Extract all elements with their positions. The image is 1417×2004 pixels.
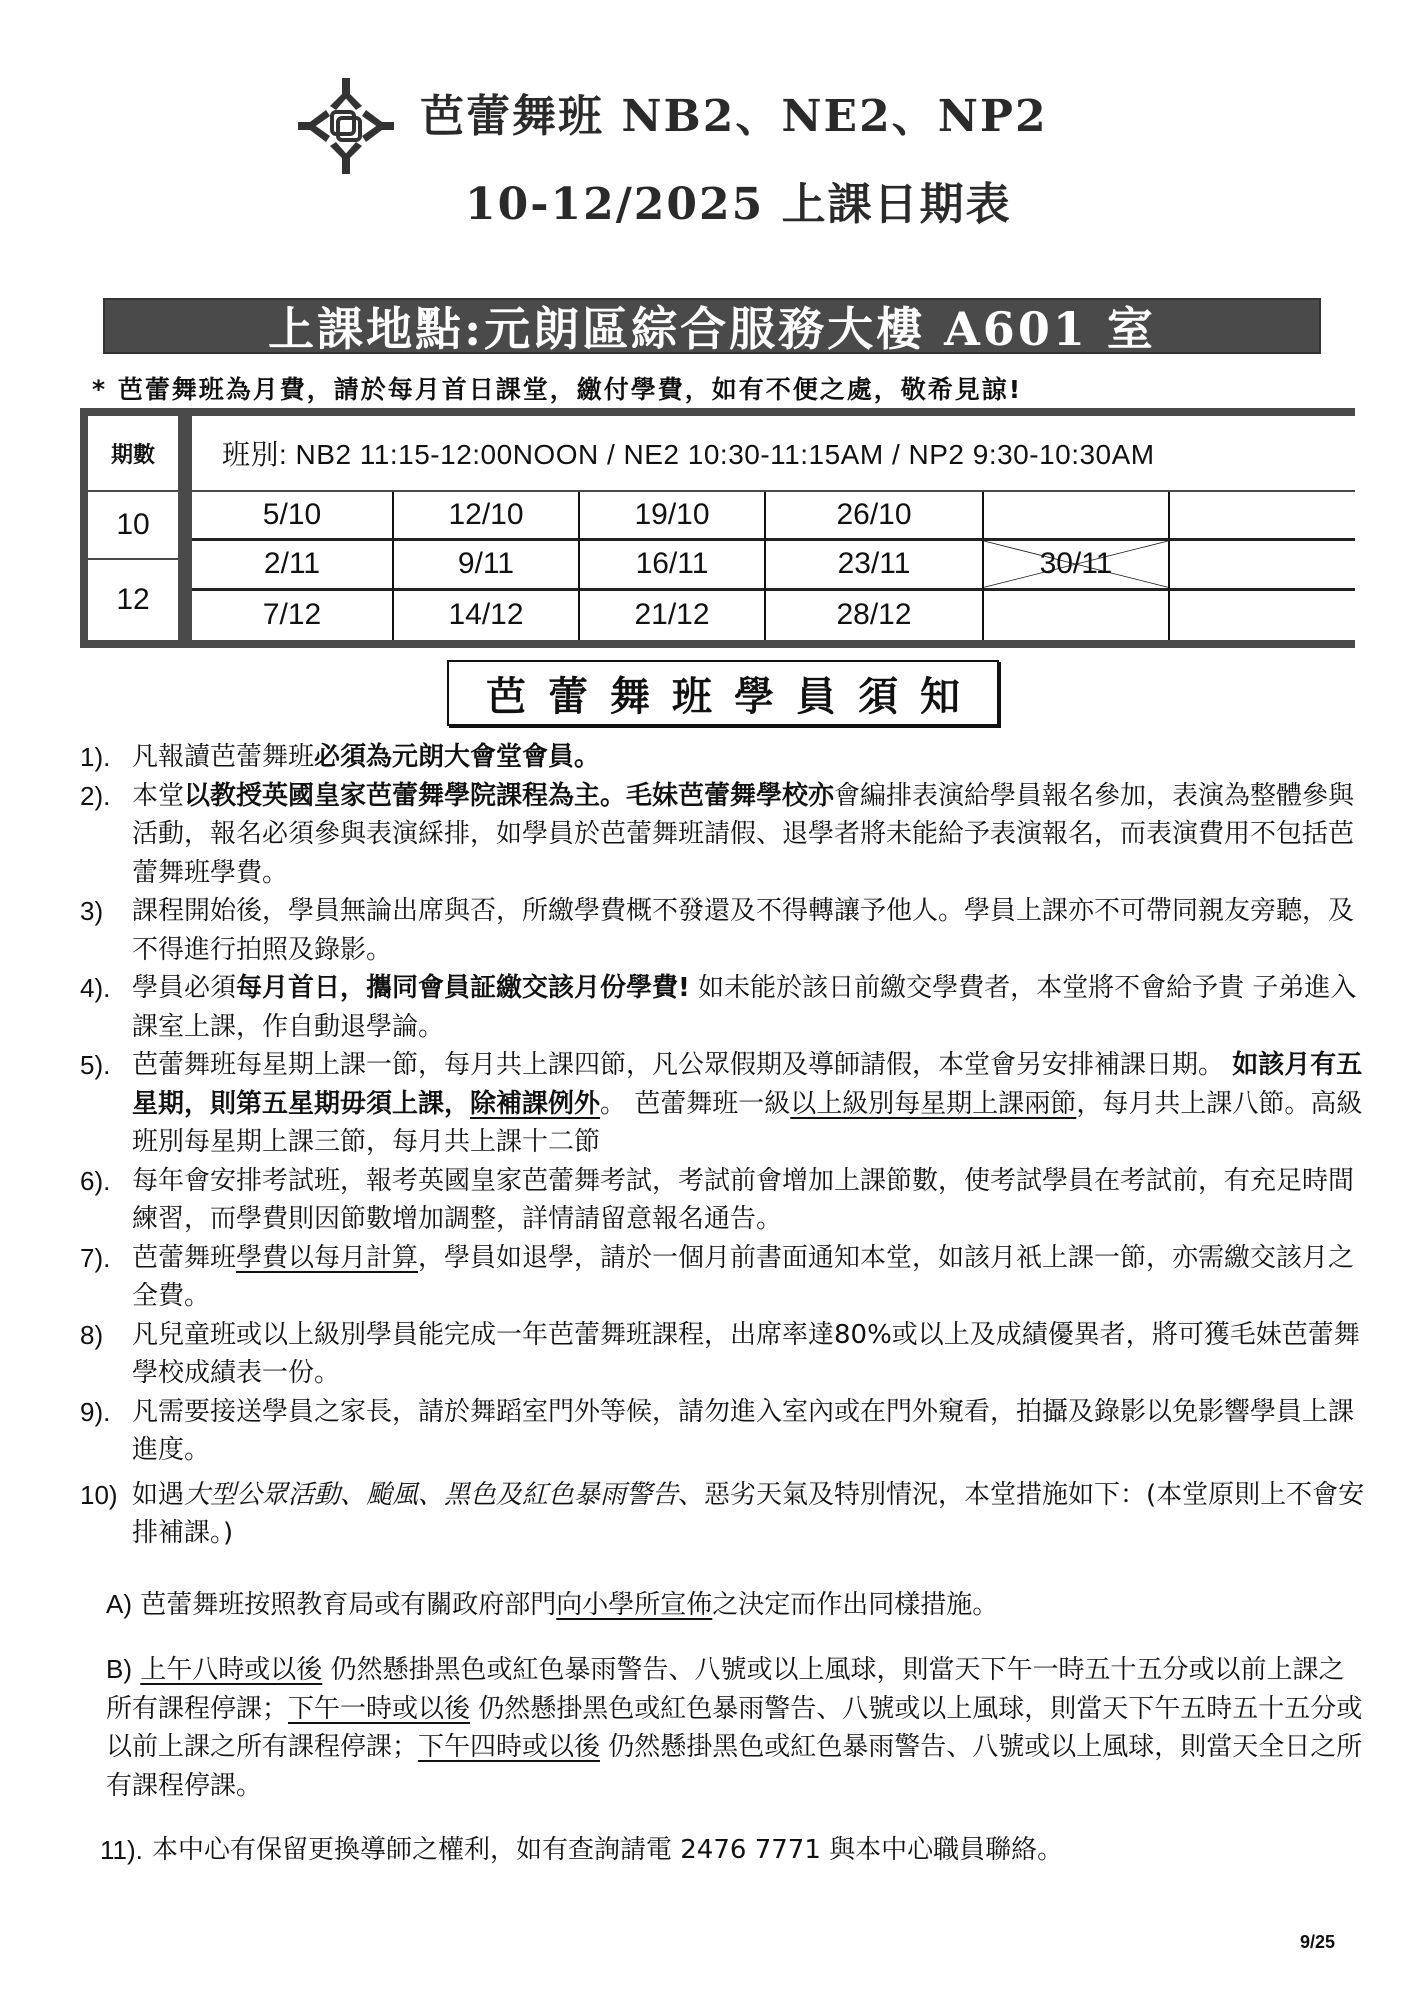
rule-text-bold: 必須為元朗大會堂會員。 <box>314 742 600 772</box>
location-text: 上課地點:元朗區綜合服務大樓 A601 室 <box>268 293 1156 359</box>
rule-item: 10) 如遇大型公眾活動、颱風、黑色及紅色暴雨警告、惡劣天氣及特別情況，本堂措施… <box>80 1476 1370 1553</box>
rule-text: 本堂 <box>132 781 184 811</box>
date-cell <box>1170 541 1355 590</box>
date-cell: 16/11 <box>580 541 766 590</box>
rule-item: 8) 凡兒童班或以上級別學員能完成一年芭蕾舞班課程，出席率達80%或以上及成績優… <box>80 1316 1370 1393</box>
date-cell <box>1170 591 1355 640</box>
rules-list: 1). 凡報讀芭蕾舞班必須為元朗大會堂會員。 2). 本堂以教授英國皇家芭蕾舞學… <box>80 738 1370 1870</box>
rule-text: 之決定而作出同樣措施。 <box>712 1590 998 1620</box>
date-cell: 9/11 <box>394 541 580 590</box>
rule-text-italic: 大型公眾活動、颱風、黑色及紅色暴雨警告 <box>184 1480 678 1510</box>
date-cell: 14/12 <box>394 591 580 640</box>
term-cell: 12 <box>88 560 178 640</box>
rule-number: 10) <box>80 1476 118 1515</box>
rule-text-underlined: 下午四時或以後 <box>418 1732 600 1762</box>
rule-text: 。 芭蕾舞班一級 <box>600 1089 790 1119</box>
term-column-header: 期數 <box>88 416 178 490</box>
date-cell: 5/10 <box>192 492 394 541</box>
rule-text: 芭蕾舞班 <box>132 1243 236 1273</box>
rule-item: 11). 本中心有保留更換導師之權利，如有查詢請電 2476 7771 與本中心… <box>80 1831 1370 1870</box>
rule-number: 1). <box>80 738 110 777</box>
rule-text: 本中心有保留更換導師之權利，如有查詢請電 2476 7771 與本中心職員聯絡。 <box>152 1835 1063 1865</box>
sub-rule-label: A) <box>106 1589 132 1619</box>
rule-text-underlined: 以上級別每星期上課兩節 <box>790 1089 1076 1119</box>
date-cell: 12/10 <box>394 492 580 541</box>
rule-text: 凡兒童班或以上級別學員能完成一年芭蕾舞班課程，出席率達80%或以上及成績優異者，… <box>132 1320 1360 1389</box>
rule-number: 7). <box>80 1239 110 1278</box>
rule-number: 11). <box>100 1831 143 1870</box>
rule-item: 1). 凡報讀芭蕾舞班必須為元朗大會堂會員。 <box>80 738 1370 777</box>
rule-item: 7). 芭蕾舞班學費以每月計算，學員如退學，請於一個月前書面通知本堂，如該月祇上… <box>80 1239 1370 1316</box>
rule-text: 如遇 <box>132 1480 184 1510</box>
rule-item: 2). 本堂以教授英國皇家芭蕾舞學院課程為主。毛妹芭蕾舞學校亦會編排表演給學員報… <box>80 777 1370 893</box>
rule-number: 4). <box>80 969 110 1008</box>
cancelled-date-cell: 30/11 <box>984 541 1170 590</box>
organization-logo-icon <box>296 76 396 176</box>
sub-rule-label: B) <box>106 1654 132 1684</box>
rule-item: 3) 課程開始後，學員無論出席與否，所繳學費概不發還及不得轉讓予他人。學員上課亦… <box>80 892 1370 969</box>
rule-item: 9). 凡需要接送學員之家長，請於舞蹈室門外等候，請勿進入室內或在門外窺看，拍攝… <box>80 1393 1370 1470</box>
rule-number: 5). <box>80 1046 110 1085</box>
sub-rule-a: A) 芭蕾舞班按照教育局或有關政府部門向小學所宣佈之決定而作出同樣措施。 <box>80 1585 1370 1625</box>
date-grid: 5/10 12/10 19/10 26/10 2/11 9/11 16/11 2… <box>192 492 1355 640</box>
date-cell: 7/12 <box>192 591 394 640</box>
document-title: 芭蕾舞班 NB2、NE2、NP2 <box>420 80 1048 144</box>
document-subtitle: 10-12/2025 上課日期表 <box>465 168 1012 232</box>
date-cell <box>1170 492 1355 541</box>
rule-number: 6). <box>80 1162 110 1201</box>
rule-number: 3) <box>80 892 103 931</box>
rule-text: 芭蕾舞班每星期上課一節，每月共上課四節，凡公眾假期及導師請假，本堂會另安排補課日… <box>132 1050 1232 1080</box>
rule-text: 每年會安排考試班，報考英國皇家芭蕾舞考試，考試前會增加上課節數，使考試學員在考試… <box>132 1166 1354 1235</box>
date-cell: 28/12 <box>766 591 984 640</box>
date-cell: 21/12 <box>580 591 766 640</box>
sub-rule-b: B) 上午八時或以後 仍然懸掛黑色或紅色暴雨警告、八號或以上風球，則當天下午一時… <box>80 1650 1370 1805</box>
rule-item: 4). 學員必須每月首日，攜同會員証繳交該月份學費! 如未能於該日前繳交學費者，… <box>80 969 1370 1046</box>
schedule-table: 期數 班別: NB2 11:15-12:00NOON / NE2 10:30-1… <box>80 408 1355 648</box>
date-cell: 2/11 <box>192 541 394 590</box>
document-page: 芭蕾舞班 NB2、NE2、NP2 10-12/2025 上課日期表 上課地點:元… <box>0 0 1417 2004</box>
date-cell <box>984 492 1170 541</box>
fee-note: * 芭蕾舞班為月費，請於每月首日課堂，繳付學費，如有不便之處，敬希見諒! <box>92 370 1022 406</box>
rule-text: 凡需要接送學員之家長，請於舞蹈室門外等候，請勿進入室內或在門外窺看，拍攝及錄影以… <box>132 1397 1354 1466</box>
rule-number: 2). <box>80 777 110 816</box>
date-cell: 26/10 <box>766 492 984 541</box>
rule-text: 芭蕾舞班按照教育局或有關政府部門 <box>140 1590 556 1620</box>
rule-text-underlined: 下午一時或以後 <box>288 1694 470 1724</box>
rule-text: 課程開始後，學員無論出席與否，所繳學費概不發還及不得轉讓予他人。學員上課亦不可帶… <box>132 896 1354 965</box>
rule-text: 學員必須 <box>132 973 236 1003</box>
rule-text-underlined: 向小學所宣佈 <box>556 1590 712 1620</box>
term-cell: 10 <box>88 492 178 558</box>
rule-text-bold: 每月首日，攜同會員証繳交該月份學費! <box>236 973 690 1003</box>
class-time-header: 班別: NB2 11:15-12:00NOON / NE2 10:30-11:1… <box>192 416 1355 490</box>
date-cell <box>984 591 1170 640</box>
rule-number: 9). <box>80 1393 110 1432</box>
date-cell: 23/11 <box>766 541 984 590</box>
rule-number: 8) <box>80 1316 103 1355</box>
page-number: 9/25 <box>1300 1932 1335 1953</box>
rule-item: 5). 芭蕾舞班每星期上課一節，每月共上課四節，凡公眾假期及導師請假，本堂會另安… <box>80 1046 1370 1162</box>
notice-heading: 芭蕾舞班學員須知 <box>447 660 999 726</box>
date-cell: 19/10 <box>580 492 766 541</box>
location-banner: 上課地點:元朗區綜合服務大樓 A601 室 <box>103 298 1321 354</box>
rule-text-underlined: 上午八時或以後 <box>140 1655 322 1685</box>
rule-text-bold: 以教授英國皇家芭蕾舞學院課程為主。毛妹芭蕾舞學校亦 <box>184 781 834 811</box>
rule-text: 凡報讀芭蕾舞班 <box>132 742 314 772</box>
cross-out-icon <box>984 541 1168 587</box>
rule-text-underlined: 除補課例外 <box>470 1089 600 1119</box>
rule-item: 6). 每年會安排考試班，報考英國皇家芭蕾舞考試，考試前會增加上課節數，使考試學… <box>80 1162 1370 1239</box>
rule-text-underlined: 學費以每月計算 <box>236 1243 418 1273</box>
